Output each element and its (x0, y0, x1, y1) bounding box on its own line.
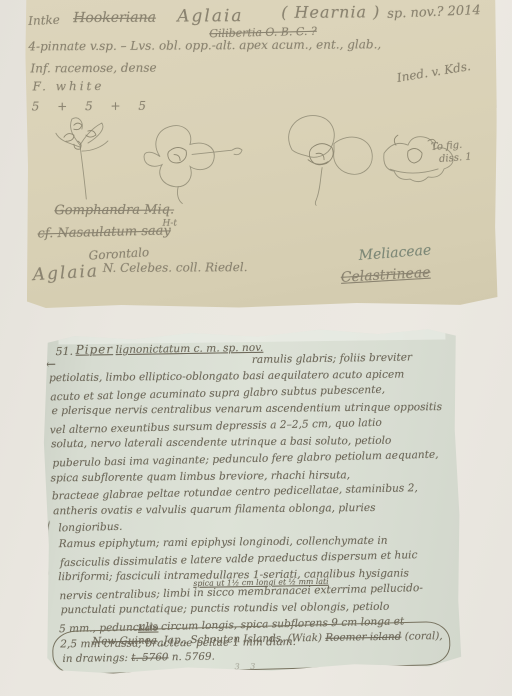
drawing-number: n. 5769. (172, 651, 215, 664)
genus-name: Aglaia (177, 6, 243, 26)
upper-sheet: Intke Hookeriana Aglaia ( Hearnia ) sp. … (25, 0, 498, 309)
latin-line: fasciculis dissimulatis e latere valde p… (60, 549, 418, 569)
latin-line: bracteae glabrae peltae rotundae centro … (52, 482, 418, 502)
inflorescence-note: Inf. racemose, dense (30, 61, 156, 76)
scan-background: Intke Hookeriana Aglaia ( Hearnia ) sp. … (0, 0, 512, 696)
examined-signature: Ined. v. Kds. (396, 59, 472, 85)
crossed-determination-2: cf. Nasaulatum saay (37, 223, 171, 241)
drawings-label: in drawings: (62, 652, 131, 665)
flower-sketches-row (44, 105, 485, 208)
first-line-tail: ramulis glabris; foliis breviter (252, 351, 412, 366)
crossed-drawing-number: t. 5760 (131, 651, 168, 664)
lower-sheet: 51. Piper lignonictatum c. m. sp. nov. ←… (41, 327, 462, 675)
latin-line: e plerisque nervis centralibus venarum a… (52, 401, 443, 417)
flower-sketch-2 (144, 125, 242, 203)
arrow-mark: ← (46, 357, 56, 371)
species-number: 51. (56, 345, 74, 358)
latin-line: antheris ovatis e valvulis quarum filame… (53, 502, 375, 517)
latin-line: vel alterno exeuntibus sursum depressis … (50, 417, 382, 437)
locality-celebes-collector: N. Celebes. coll. Riedel. (103, 260, 248, 275)
latin-line: acuto et sat longe acuminato supra glabr… (50, 383, 385, 403)
latin-line: Ramus epiphytum; rami epiphysi longinodi… (59, 535, 388, 550)
figure-note-line1: To fig. (431, 140, 463, 153)
flower-sketch-1 (56, 118, 108, 200)
latin-line: spica subflorente quam limbus breviore, … (51, 469, 351, 484)
crossed-new-guinea: New Guinea (92, 635, 157, 648)
latin-line: soluta, nervo laterali ascendente utrinq… (51, 435, 391, 451)
crossed-family-celastrineae: Celastrineae (340, 265, 431, 286)
header-lead: Intke (28, 13, 60, 28)
leaf-description: 4-pinnate v.sp. – Lvs. obl. opp.-alt. ap… (28, 37, 381, 53)
crossed-roemer-island: Roemer island (325, 631, 401, 644)
crossed-determination-1: Gomphandra Miq. (54, 203, 174, 219)
flower-color-note: F. white (33, 79, 105, 93)
page-mark: 3 3 (235, 662, 260, 671)
locality-tail: (coral), (401, 630, 442, 643)
flower-sketch-3 (288, 115, 372, 206)
latin-line: longioribus. (58, 521, 122, 534)
kalo-note: Kalo (138, 623, 159, 633)
final-genus-name: Aglaia (32, 261, 99, 285)
piper-genus-name: Piper (75, 342, 113, 357)
latin-line: petiolatis, limbo elliptico-oblongato ba… (49, 369, 404, 385)
family-name-meliaceae: Meliaceae (358, 242, 432, 263)
drawings-line: in drawings: t. 5760 n. 5769. (62, 651, 215, 665)
synonym-name: ( Hearnia ) (281, 2, 380, 22)
left-margin-bracket: ( (44, 515, 50, 584)
crossed-genus-name: Hookeriana (73, 10, 156, 27)
species-epithet: lignonictatum c. m. sp. nov. (116, 342, 264, 356)
latin-line: puberulo basi ima vaginante; pedunculo f… (52, 449, 438, 470)
latin-line: punctulati punctatique; punctis rotundis… (61, 601, 390, 616)
species-note: sp. nov.? 2014 (387, 3, 481, 22)
latin-description-body: petiolatis, limbo elliptico-oblongato ba… (41, 327, 457, 334)
